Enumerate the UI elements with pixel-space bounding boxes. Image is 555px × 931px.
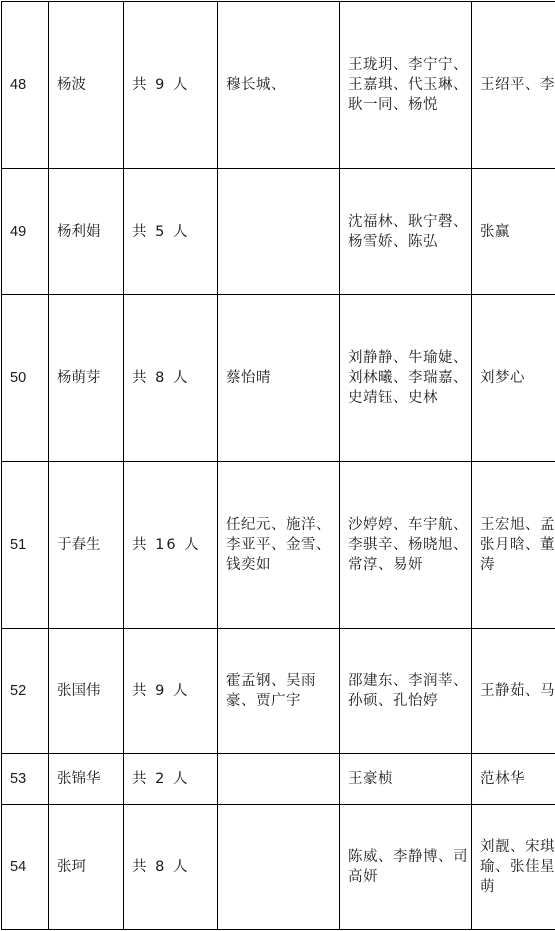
group-b-cell: 王豪桢 xyxy=(340,754,472,805)
table-row: 48 杨波 共 9 人 穆长城、 王珑玥、李宁宁、王嘉琪、代玉琳、耿一同、杨悦 … xyxy=(2,2,555,169)
count-cell: 共 5 人 xyxy=(124,169,218,295)
group-b-cell: 沙婷婷、车宇航、李骐辛、杨晓旭、常淳、易妍 xyxy=(340,462,472,629)
group-a-cell xyxy=(218,169,340,295)
count-text: 共 8 人 xyxy=(132,370,189,386)
group-b-cell: 邵建东、李润莘、孙硕、孔怡婷 xyxy=(340,629,472,754)
count-cell: 共 2 人 xyxy=(124,754,218,805)
roster-table: 48 杨波 共 9 人 穆长城、 王珑玥、李宁宁、王嘉琪、代玉琳、耿一同、杨悦 … xyxy=(1,1,555,930)
table-row: 52 张国伟 共 9 人 霍孟钢、吴雨豪、贾广宇 邵建东、李润莘、孙硕、孔怡婷 … xyxy=(2,629,555,754)
count-text: 共 9 人 xyxy=(132,683,189,699)
group-c-cell: 王静茹、马岱 xyxy=(472,629,555,754)
table-row: 51 于春生 共 16 人 任纪元、施洋、李亚平、金雪、钱奕如 沙婷婷、车宇航、… xyxy=(2,462,555,629)
count-cell: 共 9 人 xyxy=(124,2,218,169)
group-b-cell: 陈威、李静博、司高妍 xyxy=(340,805,472,930)
count-text: 共 16 人 xyxy=(132,537,201,553)
teacher-cell: 于春生 xyxy=(49,462,124,629)
group-c-cell: 张赢 xyxy=(472,169,555,295)
table-row: 54 张珂 共 8 人 陈威、李静博、司高妍 刘靓、宋琪、赵晨瑜、张佳星、刘春萌 xyxy=(2,805,555,930)
group-a-cell xyxy=(218,754,340,805)
count-text: 共 5 人 xyxy=(132,224,189,240)
row-number-cell: 49 xyxy=(2,169,49,295)
row-number-cell: 54 xyxy=(2,805,49,930)
count-cell: 共 16 人 xyxy=(124,462,218,629)
count-cell: 共 8 人 xyxy=(124,805,218,930)
group-c-cell: 王绍平、李珂 xyxy=(472,2,555,169)
teacher-cell: 杨波 xyxy=(49,2,124,169)
count-text: 共 9 人 xyxy=(132,77,189,93)
group-c-cell: 范林华 xyxy=(472,754,555,805)
teacher-cell: 张珂 xyxy=(49,805,124,930)
teacher-cell: 张国伟 xyxy=(49,629,124,754)
count-cell: 共 8 人 xyxy=(124,295,218,462)
group-c-cell: 刘靓、宋琪、赵晨瑜、张佳星、刘春萌 xyxy=(472,805,555,930)
row-number-cell: 53 xyxy=(2,754,49,805)
row-number-cell: 51 xyxy=(2,462,49,629)
row-number-cell: 48 xyxy=(2,2,49,169)
group-b-cell: 刘静静、牛瑜婕、刘林曦、李瑞嘉、史靖钰、史林 xyxy=(340,295,472,462)
table-row: 53 张锦华 共 2 人 王豪桢 范林华 xyxy=(2,754,555,805)
row-number-cell: 50 xyxy=(2,295,49,462)
row-number-cell: 52 xyxy=(2,629,49,754)
table-row: 50 杨萌芽 共 8 人 蔡怡晴 刘静静、牛瑜婕、刘林曦、李瑞嘉、史靖钰、史林 … xyxy=(2,295,555,462)
count-text: 共 2 人 xyxy=(132,771,189,787)
group-c-cell: 刘梦心 xyxy=(472,295,555,462)
table-row: 49 杨利娟 共 5 人 沈福林、耿宁磬、杨雪娇、陈弘 张赢 xyxy=(2,169,555,295)
teacher-cell: 杨萌芽 xyxy=(49,295,124,462)
teacher-cell: 杨利娟 xyxy=(49,169,124,295)
group-a-cell xyxy=(218,805,340,930)
group-a-cell: 霍孟钢、吴雨豪、贾广宇 xyxy=(218,629,340,754)
group-c-cell: 王宏旭、孟艳茹、张月晗、董琎、荣涛 xyxy=(472,462,555,629)
group-a-cell: 穆长城、 xyxy=(218,2,340,169)
count-cell: 共 9 人 xyxy=(124,629,218,754)
group-b-cell: 王珑玥、李宁宁、王嘉琪、代玉琳、耿一同、杨悦 xyxy=(340,2,472,169)
group-a-cell: 任纪元、施洋、李亚平、金雪、钱奕如 xyxy=(218,462,340,629)
group-a-cell: 蔡怡晴 xyxy=(218,295,340,462)
group-b-cell: 沈福林、耿宁磬、杨雪娇、陈弘 xyxy=(340,169,472,295)
teacher-cell: 张锦华 xyxy=(49,754,124,805)
count-text: 共 8 人 xyxy=(132,859,189,875)
